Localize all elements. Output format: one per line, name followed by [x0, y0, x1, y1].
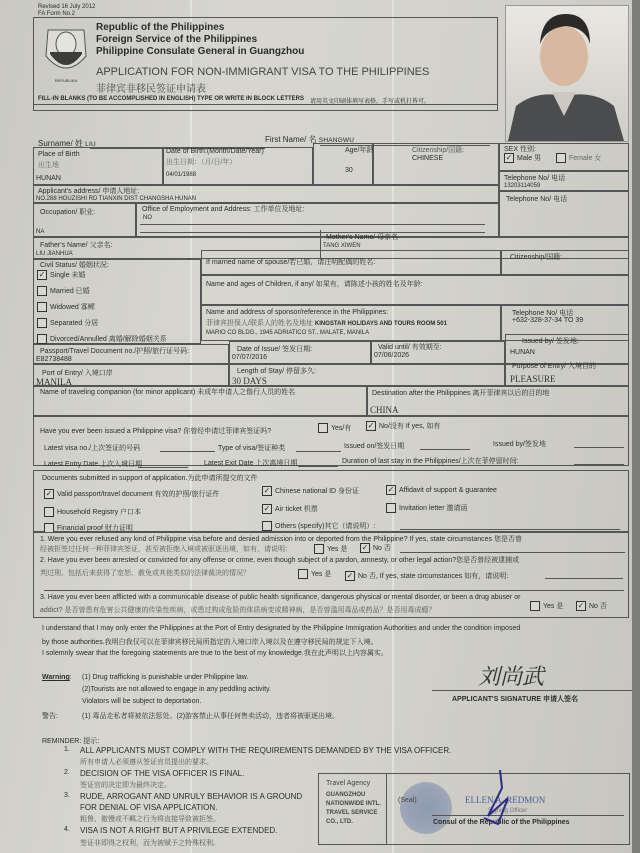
applicant-photo — [505, 5, 629, 142]
question-3-no[interactable]: No 否 — [576, 601, 607, 611]
checkbox-empty-icon[interactable] — [386, 503, 396, 513]
issued-by-label: Issued by/ 签发地: — [522, 336, 579, 346]
employment-underline — [140, 232, 485, 233]
agency-name: GUANGZHOU NATIONWIDE INTL. TRAVEL SERVIC… — [326, 791, 382, 827]
checkbox-empty-icon[interactable] — [318, 423, 328, 433]
civil-status-separated[interactable]: Separated 分居 — [37, 318, 98, 328]
fill-instructions: FILL-IN BLANKS (TO BE ACCOMPLISHED IN EN… — [38, 96, 304, 102]
visa-application-form: Revised 16 July 2012 FA Form No.2 REPUBL… — [0, 0, 632, 853]
place-of-birth-label: Place of Birth — [38, 151, 80, 158]
signature-line — [432, 690, 632, 691]
checkbox-checked-icon[interactable] — [386, 485, 396, 495]
dob-label: Date of Birth:(Month/Date/Year) — [166, 148, 264, 155]
civil-status-label: Civil Status/ 婚姻状况: — [40, 260, 109, 270]
agency-label: Travel Agency — [326, 780, 370, 787]
officer-signature-mark — [478, 768, 518, 833]
warning-label: Warning: — [42, 674, 72, 681]
checkbox-checked-icon[interactable] — [504, 153, 514, 163]
mother-label: Mother's Name/ 母亲名 — [326, 232, 398, 242]
reminder-item-4-cn: 签证非即得之权利，而为被赋予之特殊权利。 — [80, 838, 220, 848]
checkbox-checked-icon[interactable] — [345, 571, 355, 581]
officer-signature-line — [432, 815, 624, 816]
passport-label: Passport/Travel Document no./护照/旅行证号码: — [40, 346, 189, 356]
place-of-birth-value: HUNAN — [36, 175, 61, 182]
revised-date: Revised 16 July 2012 — [38, 4, 95, 10]
occupation-value: NA — [36, 229, 44, 235]
question-1-no[interactable]: No 否 — [360, 543, 391, 553]
checkbox-checked-icon[interactable] — [262, 486, 272, 496]
header-line-2: Foreign Service of the Philippines — [96, 34, 257, 45]
civil-status-single[interactable]: Single 未婚 — [37, 270, 85, 280]
question-2-field-line2[interactable] — [44, 590, 624, 591]
latest-entry-label: Latest Entry Date 上次入境日期 — [44, 459, 142, 469]
checkbox-checked-icon[interactable] — [44, 489, 54, 499]
documents-label: Documents submitted in support of applic… — [42, 473, 258, 483]
civil-status-married[interactable]: Married 已婚 — [37, 286, 90, 296]
visa-type-label: Type of visa/签证种类 — [218, 443, 285, 453]
reminder-num-1: 1. — [64, 746, 70, 753]
question-2-cn: 判过刑，包括后来获得了宽恕、赦免或其他类似的法律裁决的情况？ — [40, 568, 250, 578]
warning-item-2: (2)Tourists are not allowed to engage in… — [82, 686, 271, 693]
question-1-yes[interactable]: Yes 是 — [314, 544, 347, 554]
issued-on-label: Issued on/签发日期 — [344, 441, 404, 451]
checkbox-empty-icon[interactable] — [44, 507, 54, 517]
warning-item-1: (1) Drug trafficking is punishable under… — [82, 674, 248, 681]
stay-value: 30 DAYS — [232, 376, 267, 386]
form-title: APPLICATION FOR NON-IMMIGRANT VISA TO TH… — [96, 66, 429, 78]
sex-female-option[interactable]: Female 女 — [556, 153, 601, 163]
citizenship-label: Citizenship/国籍: — [412, 145, 464, 155]
duration-label: Duration of last stay in the Philippines… — [342, 456, 519, 466]
latest-entry-field[interactable] — [138, 467, 188, 468]
reminder-item-3: RUDE, ARROGANT AND UNRULY BEHAVIOR IS A … — [80, 792, 302, 801]
doc-air-ticket[interactable]: Air ticket 机票 — [262, 504, 318, 514]
checkbox-empty-icon[interactable] — [37, 318, 47, 328]
age-value: 30 — [345, 167, 353, 174]
children-label: Name and ages of Children, if any/ 如果有，请… — [206, 279, 423, 289]
sponsor-value-line: 菲律宾担保人/联系人的姓名及地址 KINGSTAR HOLIDAYS AND T… — [206, 318, 447, 328]
header-line-3: Philippine Consulate General in Guangzho… — [96, 46, 304, 57]
checkbox-checked-icon[interactable] — [262, 504, 272, 514]
reminder-item-3-cn: 粗鲁、傲慢或不羁之行为将直接导致被拒签。 — [80, 814, 220, 824]
doc-others-field[interactable] — [400, 529, 620, 530]
father-value: LIU JIANHUA — [36, 251, 73, 257]
reminder-num-4: 4. — [64, 826, 70, 833]
declaration-line-2: by those authorities.我明白我仅可以在菲律宾移民局所指定的入… — [42, 637, 378, 647]
dob-label-cn: 出生日期：（月/日/年） — [166, 157, 236, 167]
question-1: 1. Were you ever refused any kind of Phi… — [40, 534, 522, 544]
checkbox-checked-icon[interactable] — [360, 543, 370, 553]
latest-visa-label: Latest visa no./上次签证的号码 — [44, 443, 140, 453]
question-1-field[interactable] — [400, 552, 625, 553]
destination-value: CHINA — [370, 405, 399, 415]
passport-value: E82738488 — [36, 356, 72, 363]
age-label: Age/年龄 — [345, 145, 373, 155]
occupation-label: Occupation/ 职业: — [40, 207, 95, 217]
doc-household[interactable]: Household Registry 户口本 — [44, 507, 141, 517]
reminder-item-3-cont: FOR DENIAL OF VISA APPLICATION. — [80, 803, 217, 812]
issue-date-value: 07/07/2016 — [232, 354, 267, 361]
reminder-item-1: ALL APPLICANTS MUST COMPLY WITH THE REQU… — [80, 746, 451, 755]
previous-issued-by-field[interactable] — [574, 447, 624, 448]
citizenship-value: CHINESE — [412, 155, 443, 162]
checkbox-empty-icon[interactable] — [298, 569, 308, 579]
header-line-1: Republic of the Philippines — [96, 22, 224, 33]
question-2-yes[interactable]: Yes 是 — [298, 569, 331, 579]
employment-telephone-label: Telephone No/ 电话 — [506, 194, 567, 204]
checkbox-empty-icon[interactable] — [37, 286, 47, 296]
sponsor-telephone-value: +632-328-37-34 TO 39 — [512, 317, 583, 324]
warning-label-cn: 警告: — [42, 711, 58, 721]
reminder-item-2: DECISION OF THE VISA OFFICER IS FINAL. — [80, 769, 244, 778]
sex-male-option[interactable]: Male 男 — [504, 153, 541, 163]
checkbox-checked-icon[interactable] — [366, 421, 376, 431]
reminder-num-3: 3. — [64, 792, 70, 799]
reminder-num-2: 2. — [64, 769, 70, 776]
declaration-line-1: I understand that I may only enter the P… — [42, 625, 520, 632]
warning-item-3: Violators will be subject to deportation… — [82, 698, 201, 705]
doc-passport[interactable]: Valid passport/travel document 有效的护照/旅行证… — [44, 489, 219, 499]
question-3: 3. Have you ever been afflicted with a c… — [40, 594, 520, 601]
checkbox-empty-icon[interactable] — [262, 521, 272, 531]
warning-text-cn: (1) 毒品走私者将被依法惩处。(2)游客禁止从事任何售卖活动，违者将被驱逐出境… — [82, 711, 339, 721]
mother-value: TANG XIWEN — [323, 243, 361, 249]
question-2-no[interactable]: No 否, If yes, state circumstances 如有，请说明… — [345, 571, 508, 581]
checkbox-empty-icon[interactable] — [37, 334, 47, 344]
question-2: 2. Have you ever been arrested or convic… — [40, 555, 519, 565]
civil-status-divorced[interactable]: Divorced/Annulled 离婚/解除婚姻关系 — [37, 334, 167, 344]
issued-on-field[interactable] — [420, 449, 470, 450]
place-of-birth-label-cn: 出生地 — [38, 160, 59, 170]
doc-affidavit[interactable]: Affidavit of support & guarantee — [386, 485, 497, 495]
purpose-label: Purpose of Entry/ 入境目的 — [512, 361, 596, 371]
checkbox-empty-icon[interactable] — [556, 153, 566, 163]
sponsor-label: Name and address of sponsor/reference in… — [206, 309, 388, 316]
question-1-cn: 经被拒签过任何一种菲律宾签证，甚至被拒绝入境或被驱逐出境，如有，请说明： — [40, 544, 292, 554]
latest-exit-field[interactable] — [298, 466, 338, 467]
latest-exit-label: Latest Exit Date 上次离境日期 — [204, 458, 297, 468]
companion-label: Name of traveling companion (for minor a… — [40, 387, 295, 397]
form-spacer — [33, 105, 498, 111]
reminder-item-2-cn: 签证官的决定即为最终决定。 — [80, 780, 171, 790]
previous-visa-no[interactable]: No/没有 If yes, 如有 — [366, 421, 440, 431]
form-title-cn: 菲律宾非移民签证申请表 — [96, 80, 206, 95]
consular-seal-icon — [400, 782, 452, 834]
sponsor-address: MARIO CO BLDG., 1945 ADRIATICO ST., MALA… — [206, 330, 369, 336]
checkbox-empty-icon[interactable] — [37, 302, 47, 312]
valid-until-label: Valid until/ 有效期至: — [378, 342, 442, 352]
telephone-label: Telephone No/ 电话 — [504, 173, 565, 183]
address-label: Applicant's address/ 申请人地址: — [38, 186, 139, 196]
valid-until-value: 07/06/2026 — [374, 352, 409, 359]
reminder-item-1-cn: 所有申请人必须遵从签证官员提出的要求。 — [80, 757, 213, 767]
employment-label: Office of Employment and Address: 工作单位及地… — [142, 204, 304, 214]
spouse-citizenship-label: Citizenship/国籍: — [510, 252, 562, 262]
svg-text:REPUBLIKA: REPUBLIKA — [55, 78, 78, 83]
applicant-signature: 刘尚武 — [478, 660, 544, 691]
signature-label: APPLICANT'S SIGNATURE 申请人签名 — [452, 694, 578, 704]
employment-value: NO — [143, 215, 152, 221]
address-value: NO.288 HOUZISHI RD TIANXIN DIST CHANGSHA… — [36, 196, 196, 202]
purpose-value: PLEASURE — [510, 374, 556, 384]
duration-field[interactable] — [574, 464, 624, 465]
philippine-seal-icon: REPUBLIKA — [42, 26, 90, 84]
latest-visa-field[interactable] — [160, 451, 215, 452]
destination-label: Destination after the Philippines 离开菲律宾以… — [372, 388, 549, 398]
checkbox-checked-icon[interactable] — [576, 601, 586, 611]
previous-visa-question: Have you ever been issued a Philippine v… — [40, 426, 271, 436]
checkbox-empty-icon[interactable] — [314, 544, 324, 554]
employment-underline — [140, 224, 485, 225]
dob-value: 04/01/1988 — [166, 172, 196, 178]
telephone-value: 13203114059 — [504, 183, 540, 189]
visa-type-field[interactable] — [296, 451, 341, 452]
question-3-yes[interactable]: Yes 是 — [530, 601, 563, 611]
reminder-label: REMINDER: 提示: — [42, 736, 99, 746]
stay-label: Length of Stay/ 停留多久: — [237, 366, 316, 376]
reminder-item-4: VISA IS NOT A RIGHT BUT A PRIVILEGE EXTE… — [80, 826, 277, 835]
previous-visa-yes[interactable]: Yes/有 — [318, 423, 351, 433]
previous-issued-by-label: Issued by/签发地 — [493, 439, 546, 449]
issued-by-value: HUNAN — [510, 349, 535, 356]
seal-label: (Seal) — [398, 797, 417, 804]
issue-date-label: Date of Issue/ 签发日期: — [237, 344, 312, 354]
official-divider — [386, 773, 387, 845]
fill-instructions-cn: 请用英文印刷体填写表格，手写或机打皆可。 — [310, 96, 430, 105]
doc-national-id[interactable]: Chinese national ID 身份证 — [262, 486, 359, 496]
civil-status-widowed[interactable]: Widowed 寡鳏 — [37, 302, 95, 312]
checkbox-empty-icon[interactable] — [530, 601, 540, 611]
declaration-line-3: I solemnly swear that the foregoing stat… — [42, 648, 388, 658]
question-3-cn: addict? 是否曾患有危害公共健康的传染性疾病，或患过构成危险的体质病变或精… — [40, 605, 436, 615]
checkbox-checked-icon[interactable] — [37, 270, 47, 280]
doc-invitation[interactable]: Invitation letter 邀请函 — [386, 503, 467, 513]
doc-others[interactable]: Others (specify)其它（请说明）: — [262, 521, 375, 531]
question-2-field[interactable] — [545, 578, 623, 579]
father-label: Father's Name/ 父亲名: — [40, 240, 113, 250]
spouse-label: If married name of spouse/若已婚，请注明配偶的姓名: — [206, 257, 375, 267]
